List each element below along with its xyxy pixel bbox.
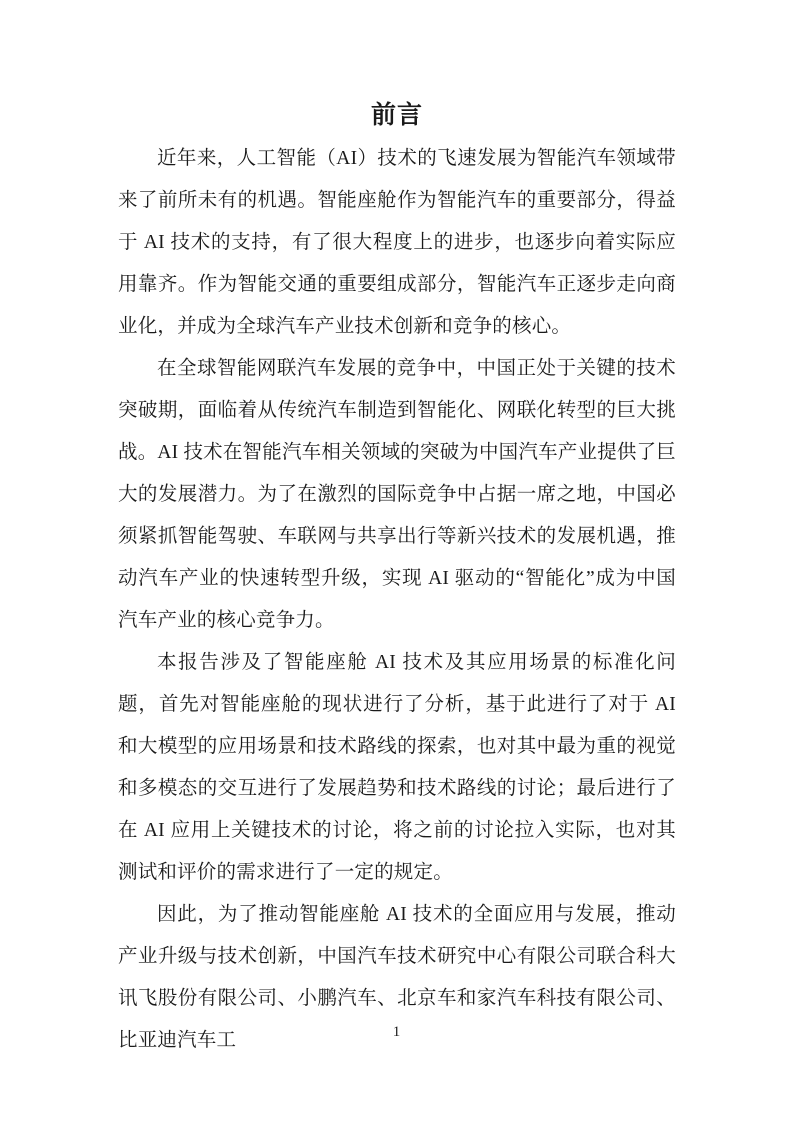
page-title: 前言: [118, 94, 676, 138]
paragraph-2: 在全球智能网联汽车发展的竞争中，中国正处于关键的技术突破期，面临着从传统汽车制造…: [118, 348, 676, 642]
paragraph-1: 近年来，人工智能（AI）技术的飞速发展为智能汽车领域带来了前所未有的机遇。智能座…: [118, 138, 676, 348]
document-body: 前言 近年来，人工智能（AI）技术的飞速发展为智能汽车领域带来了前所未有的机遇。…: [118, 94, 676, 1062]
page-number: 1: [0, 1020, 793, 1044]
document-page: 前言 近年来，人工智能（AI）技术的飞速发展为智能汽车领域带来了前所未有的机遇。…: [0, 0, 793, 1122]
paragraph-3: 本报告涉及了智能座舱 AI 技术及其应用场景的标准化问题，首先对智能座舱的现状进…: [118, 642, 676, 894]
